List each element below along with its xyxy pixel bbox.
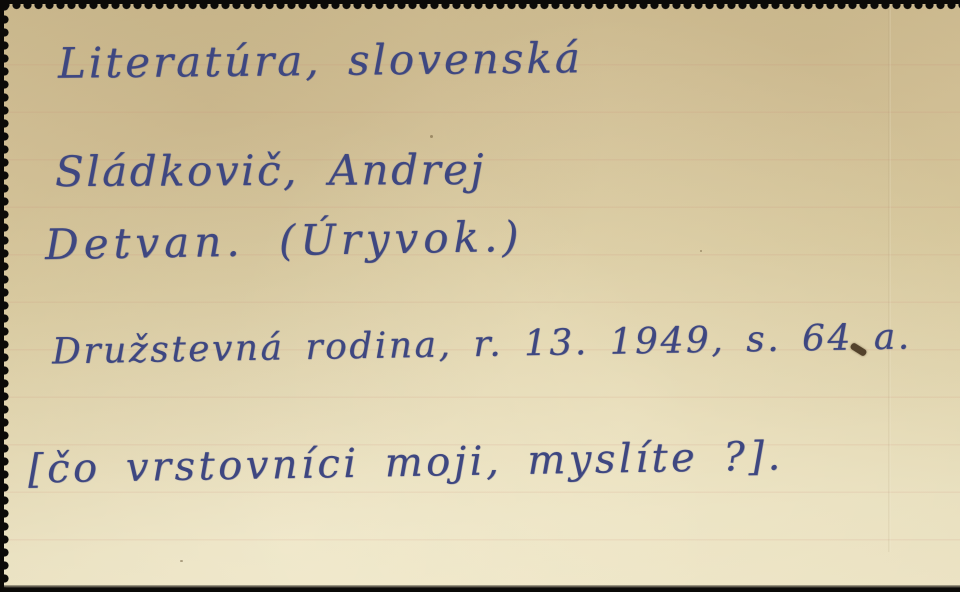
card-bottom-edge: [0, 585, 960, 592]
handwritten-line-incipit: [čo vrstovníci moji, myslíte ?].: [28, 433, 784, 492]
catalog-card: Literatúra, slovenská Sládkovič, Andrej …: [0, 0, 960, 592]
handwritten-line-title: Detvan. (Úryvok.): [45, 212, 525, 269]
scanned-card-background: Literatúra, slovenská Sládkovič, Andrej …: [0, 0, 960, 592]
paper-speck: [180, 560, 183, 562]
paper-speck: [430, 135, 433, 138]
perforated-edge-left: [0, 0, 15, 592]
handwritten-line-subject: Literatúra, slovenská: [58, 33, 583, 87]
ruled-lines: [0, 0, 960, 592]
handwritten-line-author: Sládkovič, Andrej: [55, 145, 486, 196]
perforated-edge-top: [0, 0, 960, 15]
paper-speck: [700, 250, 702, 252]
paper-crease: [888, 0, 891, 552]
handwritten-line-source: Družstevná rodina, r. 13. 1949, s. 64 a.: [52, 317, 912, 373]
